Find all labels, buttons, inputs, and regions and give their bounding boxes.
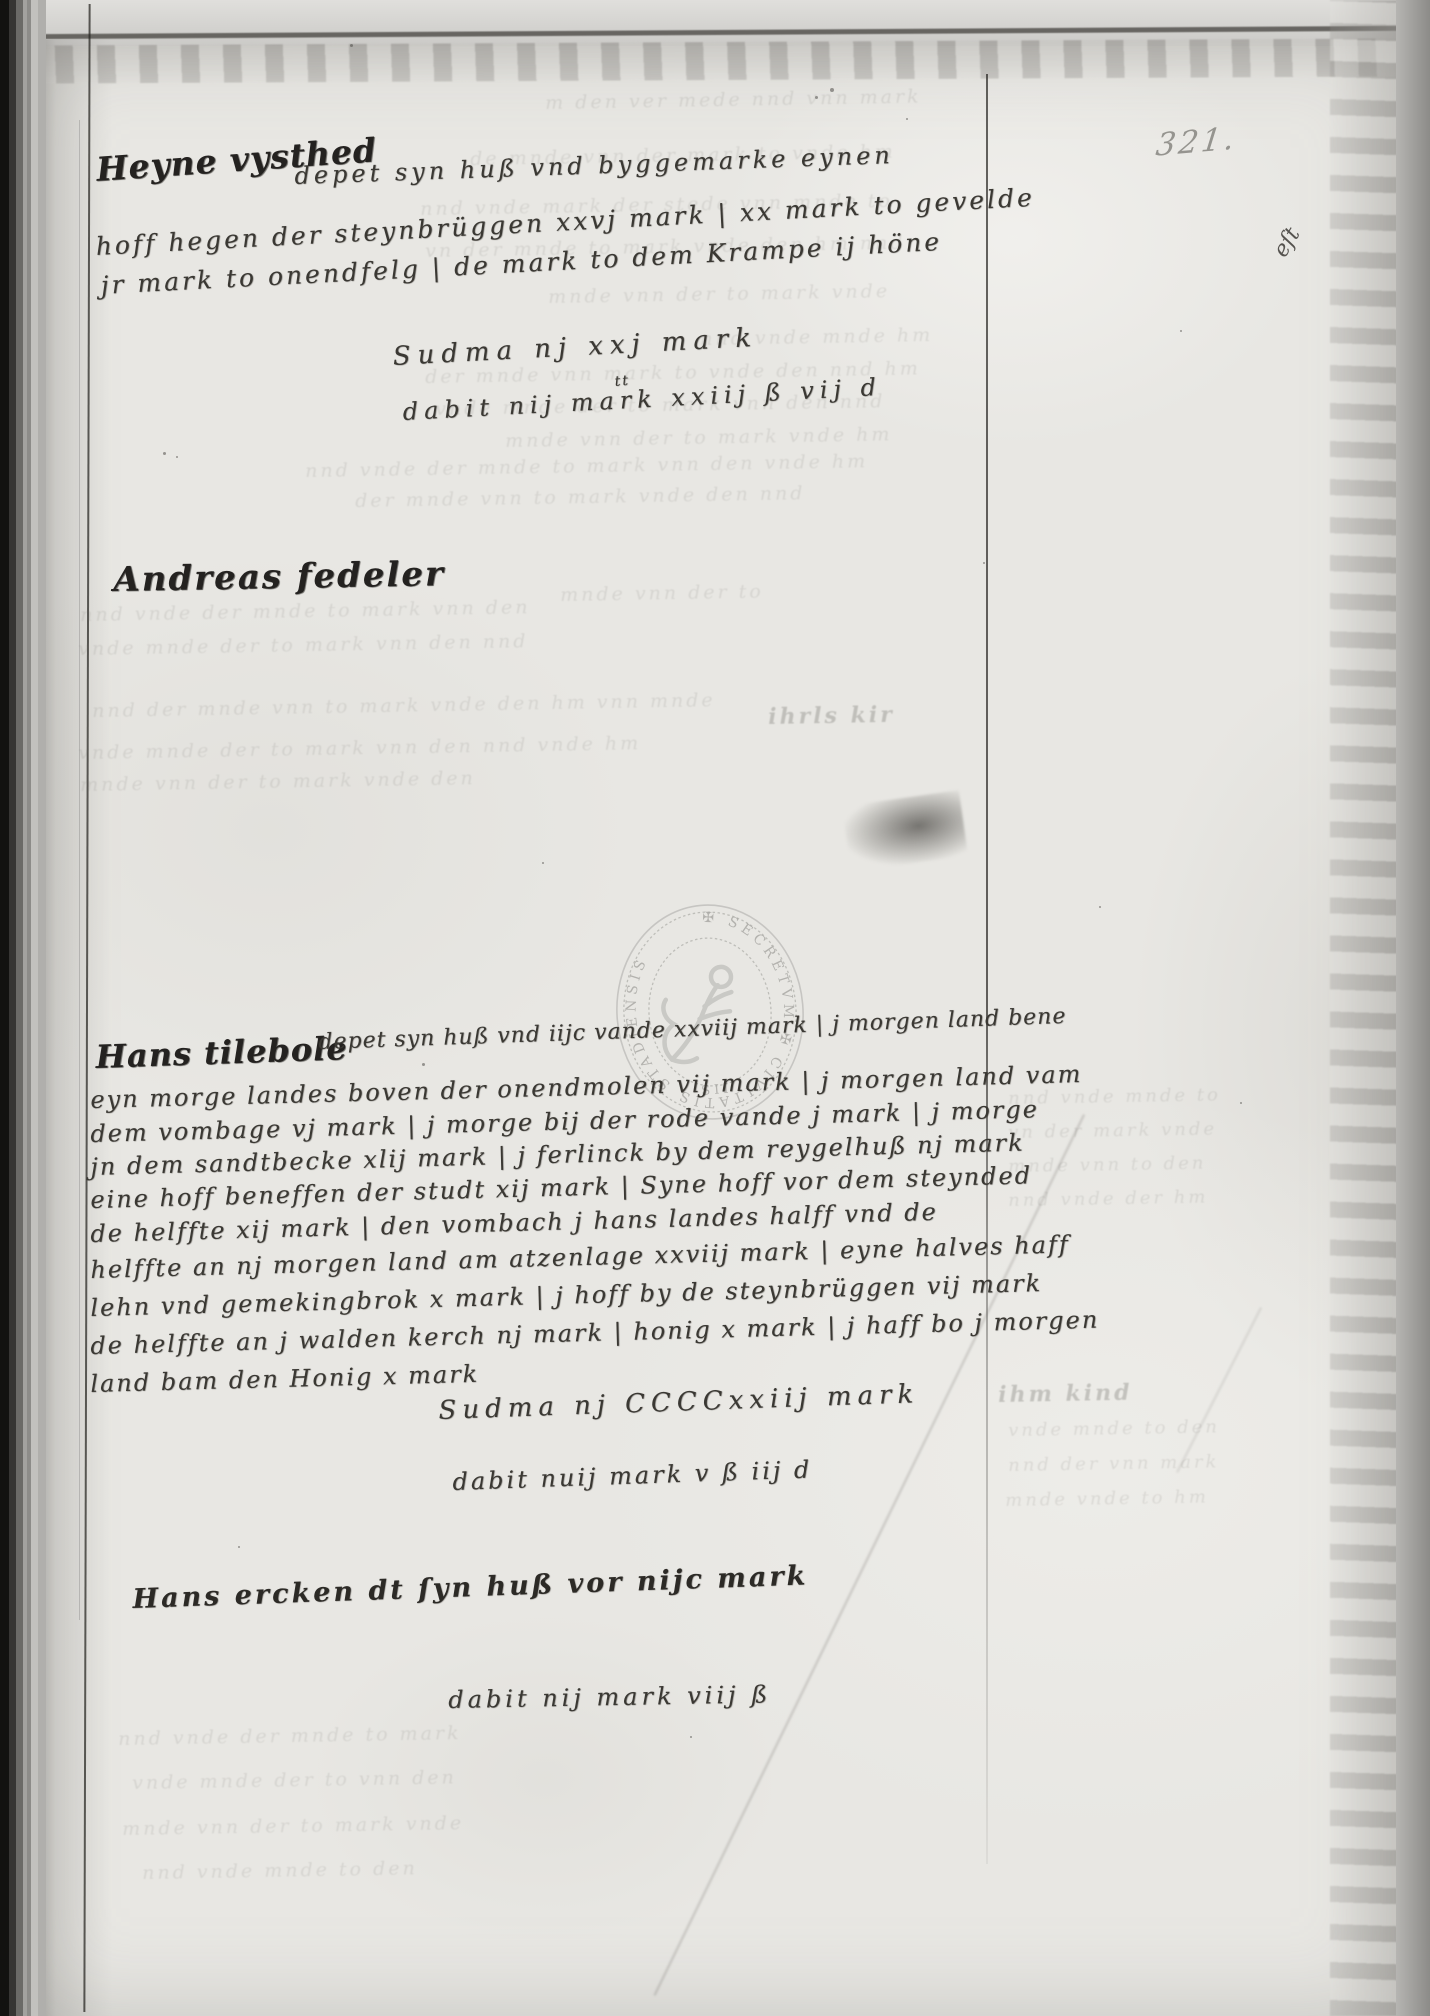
script-line-summa: Sudma nj xxj mark xyxy=(392,323,759,372)
manuscript-scan: ✠ SECRETVM ✠ CIVITATIS STADIENSIS SII m … xyxy=(0,0,1430,2016)
script-line-dabit: dabit nuij mark v ß iij d xyxy=(452,1455,813,1496)
script-line-dabit: dabit nij mark viij ß xyxy=(448,1680,771,1714)
entry-heading-hans-tilebole: Hans tilebole xyxy=(95,1029,348,1076)
script-line-body: depet syn huß vnd byggemarke eynen xyxy=(294,141,894,190)
entry-heading-andreas-fedeler: Andreas fedeler xyxy=(113,554,445,600)
script-line-summa: Sudma nj CCCCxxiij mark xyxy=(438,1379,920,1426)
handwriting-layer: Heyne vystheddepet syn huß vnd byggemark… xyxy=(0,0,1430,2016)
script-line-body: depet syn huß vnd iijc vande xxviij mark… xyxy=(318,1004,1067,1055)
script-line-body: land bam den Honig x mark xyxy=(90,1360,480,1398)
entry-heading-hans-ercken: Hans ercken dt ſyn huß vor nijc mark xyxy=(132,1560,809,1615)
script-line-dabit: dabit nij mark xxiij ß vij d xyxy=(402,373,883,426)
folio-number: 321. xyxy=(1154,120,1239,164)
